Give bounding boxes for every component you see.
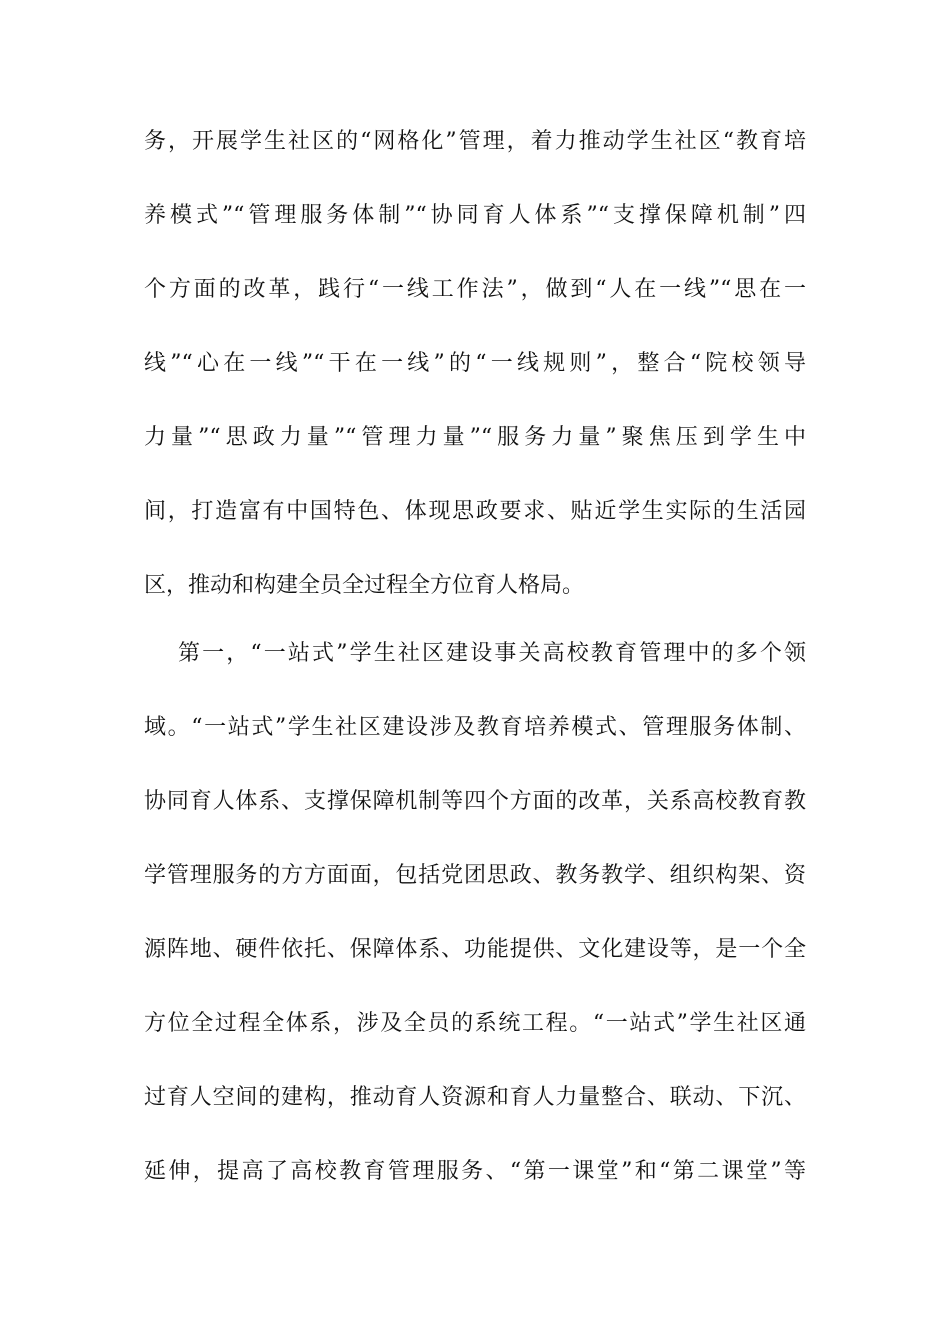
document-page: 务，开展学生社区的“网格化”管理，着力推动学生社区“教育培 养模式”“管理服务体… [0,0,950,1344]
text-line: 力量”“思政力量”“管理力量”“服务力量”聚焦压到学生中 [144,423,806,453]
text-line: 间，打造富有中国特色、体现思政要求、贴近学生实际的生活园 [144,497,806,527]
text-line: 养模式”“管理服务体制”“协同育人体系”“支撑保障机制”四 [144,201,806,231]
text-line: 方位全过程全体系，涉及全员的系统工程。“一站式”学生社区通 [144,1009,806,1039]
text-line: 学管理服务的方方面面，包括党团思政、教务教学、组织构架、资 [144,861,806,891]
text-line: 源阵地、硬件依托、保障体系、功能提供、文化建设等，是一个全 [144,935,806,965]
text-line: 区，推动和构建全员全过程全方位育人格局。 [144,571,806,601]
text-line: 线”“心在一线”“干在一线”的“一线规则”，整合“院校领导 [144,349,806,379]
text-line: 个方面的改革，践行“一线工作法”，做到“人在一线”“思在一 [144,275,806,305]
text-line: 务，开展学生社区的“网格化”管理，着力推动学生社区“教育培 [144,127,806,157]
text-line: 域。“一站式”学生社区建设涉及教育培养模式、管理服务体制、 [144,713,806,743]
text-line: 过育人空间的建构，推动育人资源和育人力量整合、联动、下沉、 [144,1083,806,1113]
text-line: 第一，“一站式”学生社区建设事关高校教育管理中的多个领 [178,639,806,669]
text-line: 协同育人体系、支撑保障机制等四个方面的改革，关系高校教育教 [144,787,806,817]
text-line: 延伸，提高了高校教育管理服务、“第一课堂”和“第二课堂”等 [144,1157,806,1187]
